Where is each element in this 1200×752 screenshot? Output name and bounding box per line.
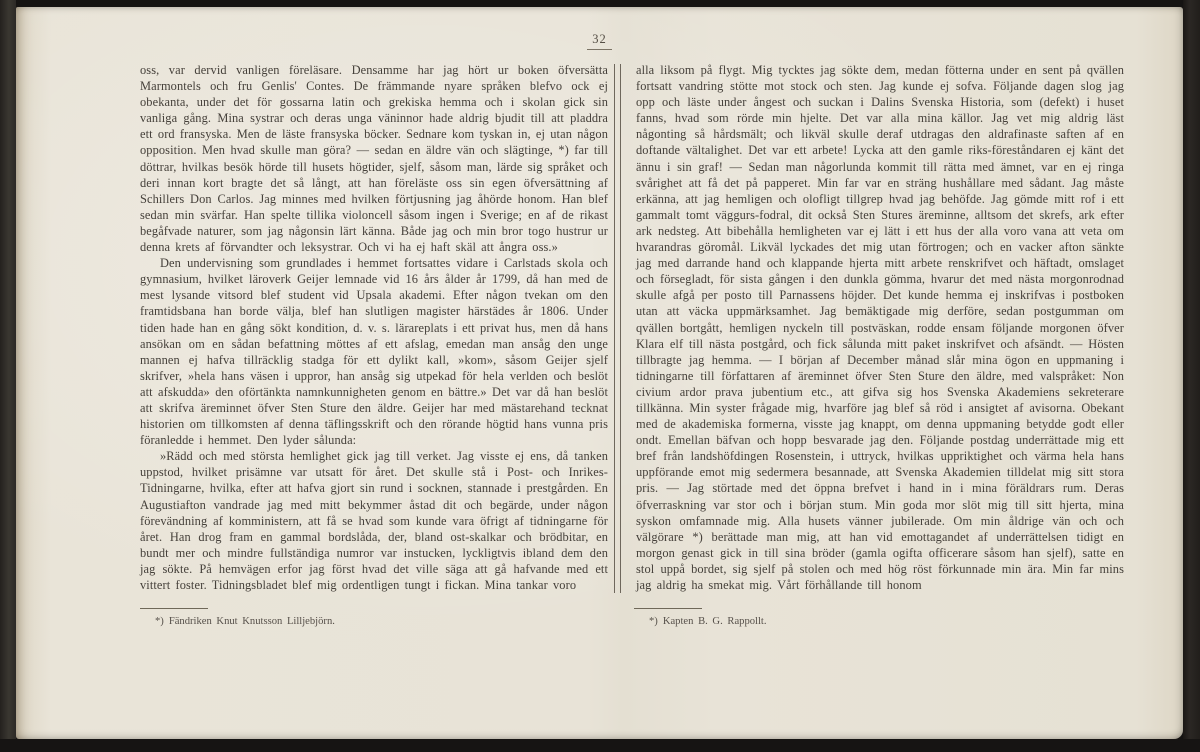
footnote-left: *)Fändriken Knut Knutsson Lilljebjörn. [140,593,608,627]
footnote-marker: *) [155,616,169,627]
paragraph: alla liksom på flygt. Mig tycktes jag sö… [636,62,1124,593]
scan-background-right [1183,0,1200,752]
page-number: 32 [587,32,612,50]
text-columns: oss, var dervid vanligen föreläsare. Den… [16,54,1183,593]
column-right: alla liksom på flygt. Mig tycktes jag sö… [621,62,1124,593]
footnotes: *)Fändriken Knut Knutsson Lilljebjörn. *… [16,593,1183,627]
paragraph: Den undervisning som grundlades i hemmet… [140,255,608,448]
scan-background-bottom [0,739,1200,752]
footnote-marker: *) [649,616,663,627]
paragraph: oss, var dervid vanligen föreläsare. Den… [140,62,608,255]
footnote-right: *)Kapten B. G. Rappollt. [634,593,1124,627]
page-header: 32 [16,7,1183,54]
book-binding-edge [0,0,16,752]
column-divider-rule [614,64,621,593]
footnote-text: *)Fändriken Knut Knutsson Lilljebjörn. [155,616,608,627]
footnote-separator-rule [140,608,208,609]
column-left: oss, var dervid vanligen föreläsare. Den… [140,62,608,593]
paragraph: »Rädd och med största hemlighet gick jag… [140,448,608,593]
footnote-text: *)Kapten B. G. Rappollt. [649,616,1124,627]
footnote-label: Kapten B. G. Rappollt. [663,616,767,627]
footnote-separator-rule [634,608,702,609]
footnote-label: Fändriken Knut Knutsson Lilljebjörn. [169,616,335,627]
scanned-book-photo: { "document": { "page_number": "32", "le… [0,0,1200,752]
scanned-page: 32 oss, var dervid vanligen föreläsare. … [16,7,1183,739]
